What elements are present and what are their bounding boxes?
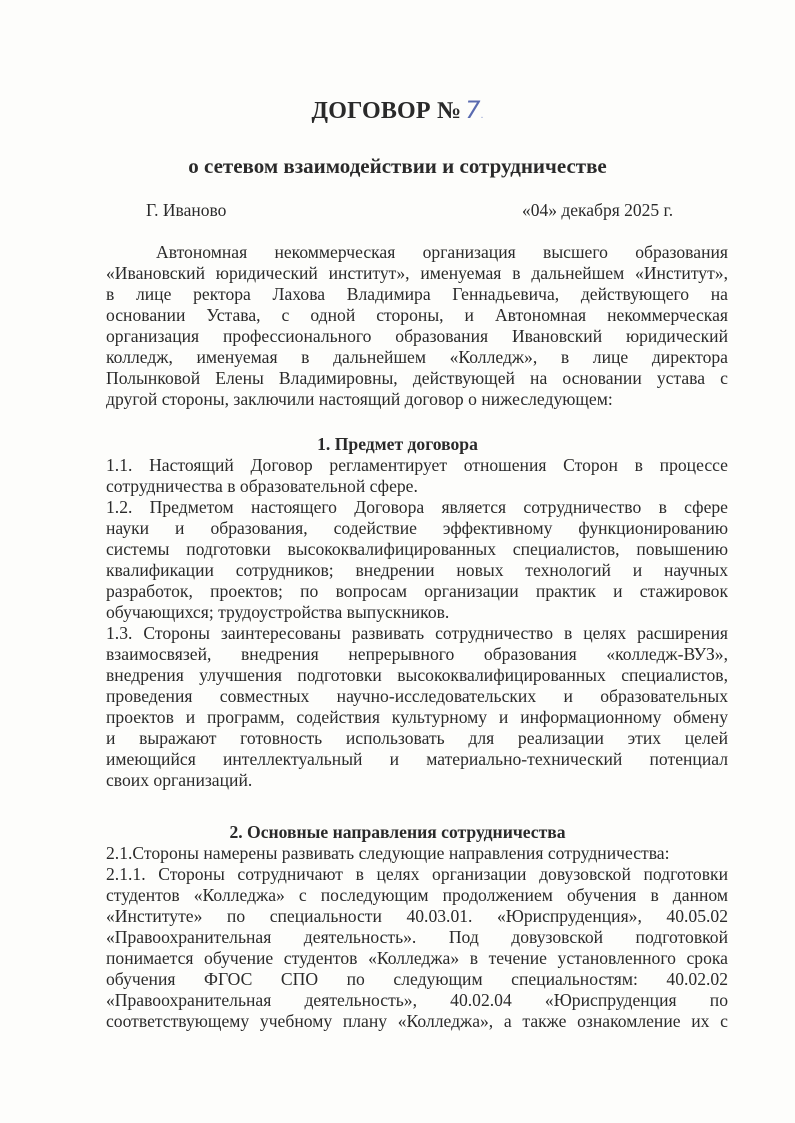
section-1-heading: 1. Предмет договора: [0, 434, 795, 455]
section-line: 2.1.Стороны намерены развивать следующие…: [106, 843, 728, 864]
section-line: «Правоохранительная деятельность». Под д…: [106, 927, 728, 948]
section-line: «Правоохранительная деятельность», 40.02…: [106, 990, 728, 1011]
preamble-line: колледж, именуемая в дальнейшем «Колледж…: [106, 347, 728, 368]
preamble-line: Автономная некоммерческая организация вы…: [106, 242, 728, 263]
preamble-line: в лице ректора Лахова Владимира Геннадье…: [106, 284, 728, 305]
section-line: 1.2. Предметом настоящего Договора являе…: [106, 497, 728, 518]
section-line: обучения ФГОС СПО по следующим специальн…: [106, 969, 728, 990]
handwritten-dot: .: [481, 110, 484, 121]
section-line: проектов и программ, содействия культурн…: [106, 707, 728, 728]
section-1-body: 1.1. Настоящий Договор регламентирует от…: [106, 455, 728, 791]
section-line: проведения совместных научно-исследовате…: [106, 686, 728, 707]
preamble: Автономная некоммерческая организация вы…: [106, 242, 728, 410]
document-title: ДОГОВОР №7.: [0, 96, 795, 125]
section-line: 1.3. Стороны заинтересованы развивать со…: [106, 623, 728, 644]
preamble-line: Полынковой Елены Владимировны, действующ…: [106, 368, 728, 389]
section-2-heading: 2. Основные направления сотрудничества: [0, 822, 795, 843]
section-line: науки и образования, содействие эффектив…: [106, 518, 728, 539]
section-line: 2.1.1. Стороны сотрудничают в целях орга…: [106, 864, 728, 885]
section-line: взаимосвязей, внедрения непрерывного обр…: [106, 644, 728, 665]
section-line: имеющийся интеллектуальный и материально…: [106, 749, 728, 770]
section-line: 1.1. Настоящий Договор регламентирует от…: [106, 455, 728, 476]
section-line: соответствующему учебному плану «Колледж…: [106, 1011, 728, 1032]
document-subtitle: о сетевом взаимодействии и сотрудничеств…: [0, 154, 795, 179]
preamble-line: организация профессионального образовани…: [106, 326, 728, 347]
section-line: разработок, проектов; по вопросам органи…: [106, 581, 728, 602]
section-line: студентов «Колледжа» с последующим продо…: [106, 885, 728, 906]
handwritten-contract-number: 7: [465, 96, 480, 124]
section-2-body: 2.1.Стороны намерены развивать следующие…: [106, 843, 728, 1032]
section-line: сотрудничества в образовательной сфере.: [106, 476, 728, 497]
section-line: своих организаций.: [106, 770, 728, 791]
section-line: «Институте» по специальности 40.03.01. «…: [106, 906, 728, 927]
section-line: понимается обучение студентов «Колледжа»…: [106, 948, 728, 969]
document-page: ДОГОВОР №7. о сетевом взаимодействии и с…: [0, 0, 795, 1123]
section-line: системы подготовки высококвалифицированн…: [106, 539, 728, 560]
preamble-line: другой стороны, заключили настоящий дого…: [106, 389, 728, 410]
section-line: квалификации сотрудников; внедрении новы…: [106, 560, 728, 581]
document-date: «04» декабря 2025 г.: [522, 200, 673, 221]
title-prefix: ДОГОВОР №: [312, 98, 462, 124]
section-line: внедрения улучшения подготовки высококва…: [106, 665, 728, 686]
preamble-line: основании Устава, с одной стороны, и Авт…: [106, 305, 728, 326]
document-city: Г. Иваново: [146, 200, 226, 221]
preamble-line: «Ивановский юридический институт», имену…: [106, 263, 728, 284]
section-line: и выражают готовность использовать для р…: [106, 728, 728, 749]
section-line: обучающихся; трудоустройства выпускников…: [106, 602, 728, 623]
